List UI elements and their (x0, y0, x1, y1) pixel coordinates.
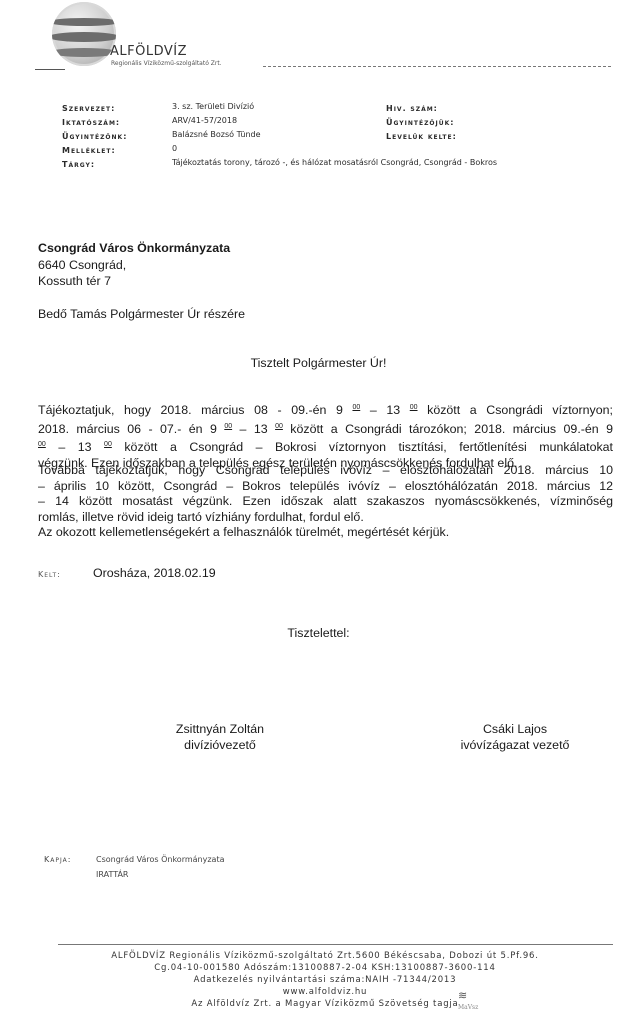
meta-label-handler: Ügyintézőnk: (62, 132, 127, 141)
company-subtitle: Regionális Víziközmű-szolgáltató Zrt. (111, 60, 222, 67)
signature-1-name: Zsittnyán Zoltán (130, 722, 310, 738)
signature-1: Zsittnyán Zoltán divízióvezető (130, 722, 310, 753)
signature-1-title: divízióvezető (130, 738, 310, 754)
distribution-item-1: Csongrád Város Önkormányzata (96, 855, 224, 864)
body-line: Tájékoztatjuk, hogy 2018. március 08 - 0… (38, 400, 613, 419)
meta-label-their-handler: Ügyintézőjük: (386, 118, 454, 127)
footer-website: www.alfoldviz.hu (40, 987, 610, 997)
meta-label-subject: Tárgy: (62, 160, 95, 169)
recipient-attention: Bedő Tamás Polgármester Úr részére (38, 307, 245, 323)
body-line: – 14 között mosatást végzünk. Ezen idősz… (38, 494, 613, 510)
mavsz-waves-icon: ≋ (458, 993, 467, 1000)
mavsz-logo-text: MaVsz (458, 1004, 478, 1011)
footer-address: ALFÖLDVÍZ Regionális Víziközmű-szolgálta… (40, 951, 610, 961)
meta-value-organization: 3. sz. Területi Divízió (172, 102, 254, 111)
globe-waves-icon (52, 2, 116, 66)
signature-2: Csáki Lajos ivóvízágazat vezető (430, 722, 600, 753)
body-paragraph-2: Továbbá tájékoztatjuk, hogy Csongrád tel… (38, 463, 613, 541)
header-divider-right (263, 66, 611, 67)
meta-value-reference: ARV/41-57/2018 (172, 116, 237, 125)
signature-2-name: Csáki Lajos (430, 722, 600, 738)
body-line: romlás, illetve rövid ideig tartó vízhiá… (38, 510, 613, 526)
meta-label-their-date: Levelük kelte: (386, 132, 457, 141)
footer-registration: Cg.04-10-001580 Adószám:13100887-2-04 KS… (40, 963, 610, 973)
footer-data-protection: Adatkezelés nyilvántartási száma:NAIH -7… (40, 975, 610, 985)
meta-value-subject: Tájékoztatás torony, tározó -, és hálóza… (172, 158, 497, 167)
closing: Tisztelettel: (0, 626, 637, 642)
meta-label-organization: Szervezet: (62, 104, 115, 113)
date-value: Orosháza, 2018.02.19 (93, 566, 216, 582)
body-line: Továbbá tájékoztatjuk, hogy Csongrád tel… (38, 463, 613, 479)
distribution-item-2: IRATTÁR (96, 870, 129, 879)
body-line: – április 10 között, Csongrád – Bokros t… (38, 479, 613, 495)
recipient-city: 6640 Csongrád, (38, 258, 126, 274)
meta-label-reference: Iktatószám: (62, 118, 120, 127)
footer-membership: Az Alföldvíz Zrt. a Magyar Víziközmű Szö… (40, 999, 610, 1009)
recipient-name: Csongrád Város Önkormányzata (38, 241, 230, 257)
body-line: 2018. március 06 - 07.- én 9 00 – 13 00 … (38, 419, 613, 438)
company-name: ALFÖLDVÍZ (110, 44, 187, 59)
body-line: 00 – 13 00 között a Csongrád – Bokrosi v… (38, 437, 613, 456)
meta-value-handler: Balázsné Bozsó Tünde (172, 130, 261, 139)
body-paragraph-1: Tájékoztatjuk, hogy 2018. március 08 - 0… (38, 400, 613, 471)
meta-label-attachment: Melléklet: (62, 146, 116, 155)
body-line: Az okozott kellemetlenségekért a felhasz… (38, 525, 613, 541)
meta-label-their-ref: Hiv. szám: (386, 104, 438, 113)
salutation: Tisztelt Polgármester Úr! (0, 356, 637, 372)
distribution-label: Kapja: (44, 855, 71, 864)
recipient-street: Kossuth tér 7 (38, 274, 111, 290)
date-label: Kelt: (38, 570, 61, 579)
header-divider-left (35, 69, 65, 70)
meta-value-attachment: 0 (172, 144, 177, 153)
signature-2-title: ivóvízágazat vezető (430, 738, 600, 754)
footer-divider (58, 944, 613, 945)
